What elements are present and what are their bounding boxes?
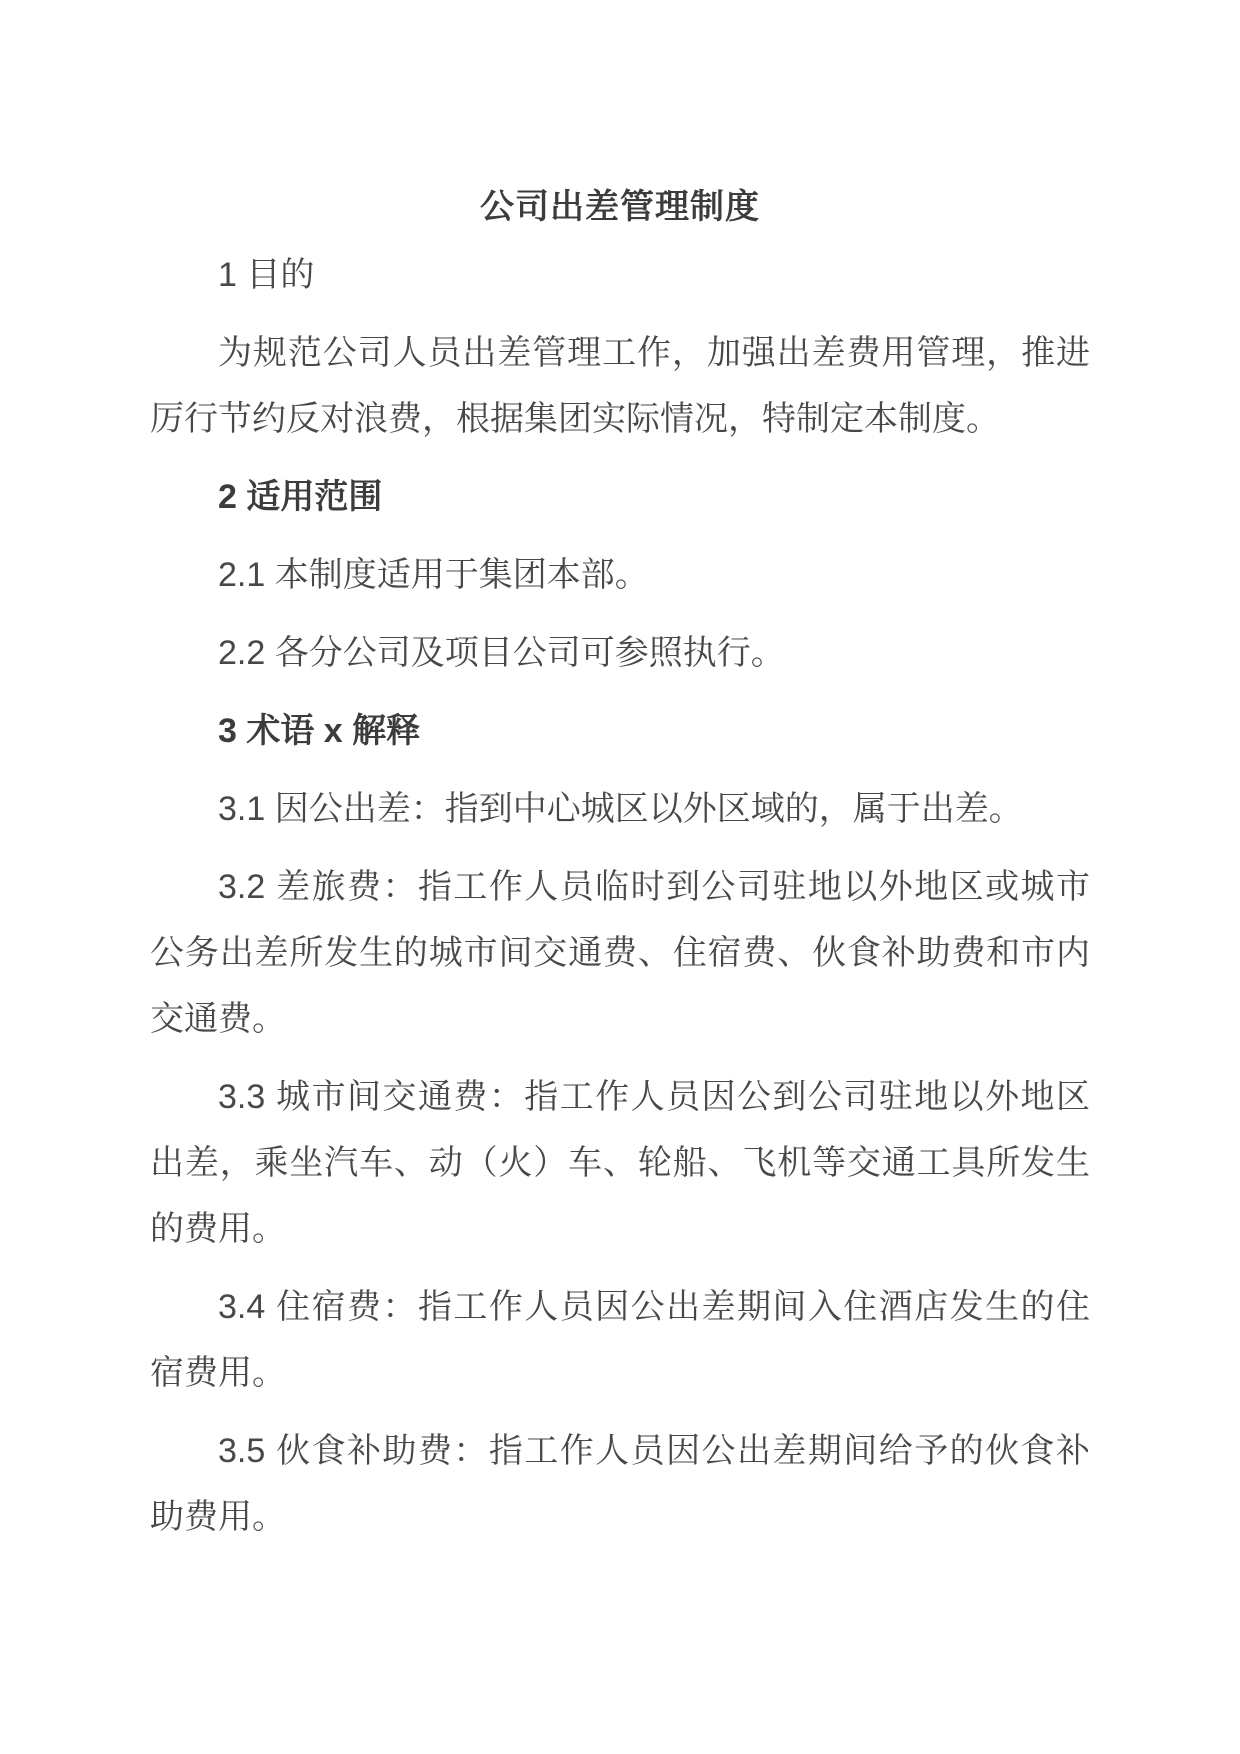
document-paragraph: 2.1 本制度适用于集团本部。	[150, 542, 1090, 608]
document-paragraph: 3.4 住宿费：指工作人员因公出差期间入住酒店发生的住宿费用。	[150, 1274, 1090, 1406]
document-paragraph: 2 适用范围	[150, 464, 1090, 530]
document-paragraph: 3.5 伙食补助费：指工作人员因公出差期间给予的伙食补助费用。	[150, 1418, 1090, 1550]
document-paragraph: 3.2 差旅费：指工作人员临时到公司驻地以外地区或城市公务出差所发生的城市间交通…	[150, 854, 1090, 1052]
document-paragraph: 为规范公司人员出差管理工作，加强出差费用管理，推进厉行节约反对浪费，根据集团实际…	[150, 320, 1090, 452]
document-paragraph: 3.3 城市间交通费：指工作人员因公到公司驻地以外地区出差，乘坐汽车、动（火）车…	[150, 1064, 1090, 1262]
document-title: 公司出差管理制度	[150, 174, 1090, 240]
document-paragraph: 3 术语 x 解释	[150, 698, 1090, 764]
document-paragraph: 2.2 各分公司及项目公司可参照执行。	[150, 620, 1090, 686]
document-content: 公司出差管理制度 1 目的为规范公司人员出差管理工作，加强出差费用管理，推进厉行…	[0, 0, 1240, 1550]
document-paragraph: 1 目的	[150, 242, 1090, 308]
document-page: 公司出差管理制度 1 目的为规范公司人员出差管理工作，加强出差费用管理，推进厉行…	[0, 0, 1240, 1754]
document-body: 1 目的为规范公司人员出差管理工作，加强出差费用管理，推进厉行节约反对浪费，根据…	[150, 242, 1090, 1550]
document-paragraph: 3.1 因公出差：指到中心城区以外区域的，属于出差。	[150, 776, 1090, 842]
